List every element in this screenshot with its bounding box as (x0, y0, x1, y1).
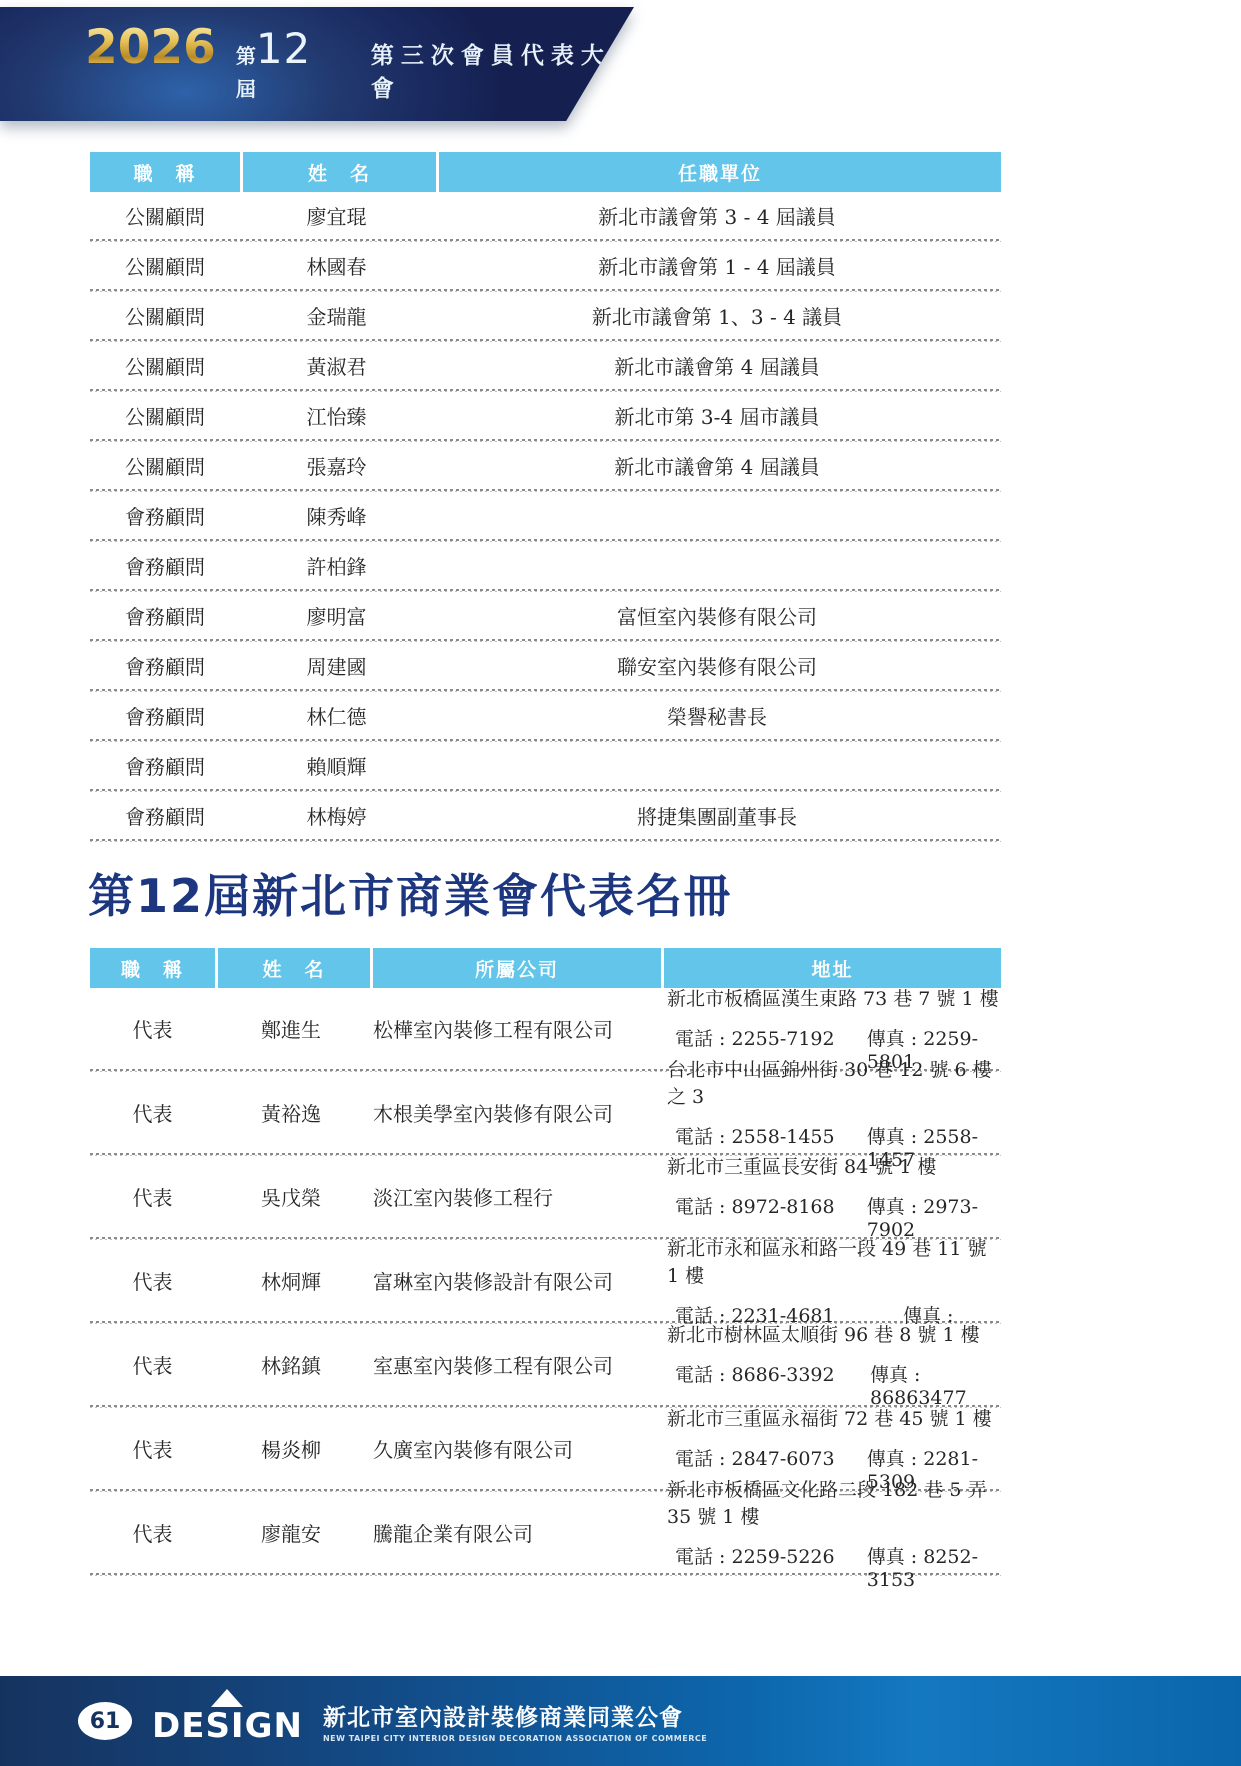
advisor-row: 公關顧問張嘉玲新北市議會第 4 屆議員 (90, 442, 1001, 489)
delegate-name: 廖龍安 (215, 1492, 367, 1573)
advisor-title: 公關顧問 (90, 451, 240, 480)
association-names: 新北市室內設計裝修商業同業公會 NEW TAIPEI CITY INTERIOR… (323, 1699, 707, 1743)
advisor-title: 會務顧問 (90, 501, 240, 530)
advisor-row: 公關顧問金瑞龍新北市議會第 1、3 - 4 議員 (90, 292, 1001, 339)
delegate-phone-fax-line: 電話 : 8686-3392傳真 : 86863477 (667, 1360, 1001, 1409)
delegate-address: 新北市板橋區文化路二段 182 巷 5 弄 35 號 1 樓 (667, 1475, 1001, 1529)
delegate-name: 吳戊榮 (215, 1156, 367, 1237)
delegate-company: 淡江室內裝修工程行 (367, 1156, 655, 1237)
delegate-address: 台北市中山區錦州街 30 巷 12 號 6 樓之 3 (667, 1055, 1001, 1109)
advisors-table-header: 職 稱 姓 名 任職單位 (90, 152, 1001, 192)
advisor-row: 會務顧問賴順輝 (90, 742, 1001, 789)
delegate-company: 騰龍企業有限公司 (367, 1492, 655, 1573)
meeting-title: 第三次會員代表大會 (371, 37, 634, 103)
advisor-org: 新北市第 3-4 屆市議員 (433, 401, 1001, 430)
delegate-address: 新北市樹林區太順街 96 巷 8 號 1 樓 (667, 1320, 1001, 1347)
header-banner: 2026 第12屆 第三次會員代表大會 (0, 0, 634, 121)
advisor-row: 會務顧問廖明富富恒室內裝修有限公司 (90, 592, 1001, 639)
advisor-org: 富恒室內裝修有限公司 (433, 601, 1001, 630)
delegates-table-body: 代表鄭進生松樺室內裝修工程有限公司新北市板橋區漢生東路 73 巷 7 號 1 樓… (90, 988, 1001, 1576)
advisor-name: 黃淑君 (240, 351, 433, 380)
advisor-row: 公關顧問江怡臻新北市第 3-4 屆市議員 (90, 392, 1001, 439)
advisor-name: 林國春 (240, 251, 433, 280)
delegate-title: 代表 (90, 1492, 215, 1573)
delegates-col-name: 姓 名 (218, 948, 370, 988)
advisor-name: 林梅婷 (240, 801, 433, 830)
advisor-title: 會務顧問 (90, 601, 240, 630)
advisor-title: 會務顧問 (90, 651, 240, 680)
advisor-name: 陳秀峰 (240, 501, 433, 530)
advisor-org: 新北市議會第 1 - 4 屆議員 (433, 251, 1001, 280)
delegate-fax: 傳真 : 8252-3153 (867, 1542, 1001, 1591)
delegates-col-title: 職 稱 (90, 948, 215, 988)
delegate-title: 代表 (90, 1072, 215, 1153)
delegate-title: 代表 (90, 1408, 215, 1489)
delegate-address: 新北市三重區永福街 72 巷 45 號 1 樓 (667, 1404, 1001, 1431)
advisors-col-org: 任職單位 (439, 152, 1001, 192)
footer-bar: 61 DESIGN 新北市室內設計裝修商業同業公會 NEW TAIPEI CIT… (0, 1676, 1241, 1766)
session-number: 12 (256, 24, 311, 73)
delegates-col-address: 地址 (664, 948, 1001, 988)
delegate-fax: 傳真 : 86863477 (870, 1360, 1001, 1409)
advisors-table-body: 公關顧問廖宜琨新北市議會第 3 - 4 屆議員公關顧問林國春新北市議會第 1 -… (90, 192, 1001, 842)
advisor-title: 會務顧問 (90, 701, 240, 730)
advisor-title: 會務顧問 (90, 551, 240, 580)
session-prefix: 第 (236, 44, 256, 68)
delegate-name: 林烔輝 (215, 1240, 367, 1321)
advisor-row: 公關顧問廖宜琨新北市議會第 3 - 4 屆議員 (90, 192, 1001, 239)
advisor-row: 會務顧問陳秀峰 (90, 492, 1001, 539)
delegate-title: 代表 (90, 1324, 215, 1405)
advisor-title: 公關顧問 (90, 251, 240, 280)
delegate-address-cell: 新北市永和區永和路一段 49 巷 11 號 1 樓電話 : 2231-4681傳… (655, 1240, 1001, 1321)
advisors-col-name: 姓 名 (243, 152, 436, 192)
delegate-phone-fax-line: 電話 : 2259-5226傳真 : 8252-3153 (667, 1542, 1001, 1591)
delegate-phone: 電話 : 2259-5226 (675, 1542, 867, 1591)
delegate-company: 木根美學室內裝修有限公司 (367, 1072, 655, 1153)
delegates-table-header: 職 稱 姓 名 所屬公司 地址 (90, 948, 1001, 988)
delegate-address: 新北市三重區長安街 84 號 1 樓 (667, 1152, 1001, 1179)
advisor-title: 公關顧問 (90, 201, 240, 230)
association-name-en: NEW TAIPEI CITY INTERIOR DESIGN DECORATI… (323, 1734, 707, 1743)
advisor-name: 廖明富 (240, 601, 433, 630)
delegate-company: 室惠室內裝修工程有限公司 (367, 1324, 655, 1405)
delegate-address-cell: 新北市板橋區文化路二段 182 巷 5 弄 35 號 1 樓電話 : 2259-… (655, 1492, 1001, 1573)
advisor-name: 張嘉玲 (240, 451, 433, 480)
delegate-row: 代表吳戊榮淡江室內裝修工程行新北市三重區長安街 84 號 1 樓電話 : 897… (90, 1156, 1001, 1237)
advisor-org: 新北市議會第 4 屆議員 (433, 451, 1001, 480)
delegates-col-company: 所屬公司 (373, 948, 661, 988)
delegate-row: 代表黃裕逸木根美學室內裝修有限公司台北市中山區錦州街 30 巷 12 號 6 樓… (90, 1072, 1001, 1153)
advisor-name: 金瑞龍 (240, 301, 433, 330)
section-heading: 第12屆新北市商業會代表名冊 (88, 860, 732, 926)
advisor-row: 會務顧問林梅婷將捷集團副董事長 (90, 792, 1001, 839)
advisor-row: 會務顧問周建國聯安室內裝修有限公司 (90, 642, 1001, 689)
session-label: 第12屆 (236, 24, 329, 102)
delegate-name: 林銘鎮 (215, 1324, 367, 1405)
delegate-name: 楊炎柳 (215, 1408, 367, 1489)
advisor-title: 公關顧問 (90, 401, 240, 430)
delegate-address-cell: 新北市三重區長安街 84 號 1 樓電話 : 8972-8168傳真 : 297… (655, 1156, 1001, 1237)
session-suffix: 屆 (236, 77, 256, 101)
advisor-row: 公關顧問黃淑君新北市議會第 4 屆議員 (90, 342, 1001, 389)
delegate-row: 代表廖龍安騰龍企業有限公司新北市板橋區文化路二段 182 巷 5 弄 35 號 … (90, 1492, 1001, 1573)
header-banner-shape: 2026 第12屆 第三次會員代表大會 (0, 7, 634, 121)
header-banner-content: 2026 第12屆 第三次會員代表大會 (85, 24, 634, 103)
advisor-name: 林仁德 (240, 701, 433, 730)
advisor-title: 會務顧問 (90, 801, 240, 830)
delegate-company: 久廣室內裝修有限公司 (367, 1408, 655, 1489)
delegate-address: 新北市板橋區漢生東路 73 巷 7 號 1 樓 (667, 984, 1001, 1011)
delegate-address: 新北市永和區永和路一段 49 巷 11 號 1 樓 (667, 1234, 1001, 1288)
advisor-org: 將捷集團副董事長 (433, 801, 1001, 830)
advisor-row: 會務顧問許柏鋒 (90, 542, 1001, 589)
advisor-org: 榮譽秘書長 (433, 701, 1001, 730)
delegate-company: 富琳室內裝修設計有限公司 (367, 1240, 655, 1321)
advisor-title: 公關顧問 (90, 351, 240, 380)
delegate-address-cell: 新北市樹林區太順街 96 巷 8 號 1 樓電話 : 8686-3392傳真 :… (655, 1324, 1001, 1405)
delegate-row: 代表林烔輝富琳室內裝修設計有限公司新北市永和區永和路一段 49 巷 11 號 1… (90, 1240, 1001, 1321)
delegate-title: 代表 (90, 988, 215, 1069)
advisor-org: 新北市議會第 3 - 4 屆議員 (433, 201, 1001, 230)
advisor-name: 許柏鋒 (240, 551, 433, 580)
year-label: 2026 (85, 24, 216, 71)
delegate-address-cell: 台北市中山區錦州街 30 巷 12 號 6 樓之 3電話 : 2558-1455… (655, 1072, 1001, 1153)
advisor-row: 公關顧問林國春新北市議會第 1 - 4 屆議員 (90, 242, 1001, 289)
delegate-name: 鄭進生 (215, 988, 367, 1069)
delegate-title: 代表 (90, 1240, 215, 1321)
advisor-org: 新北市議會第 4 屆議員 (433, 351, 1001, 380)
advisor-org: 新北市議會第 1、3 - 4 議員 (433, 301, 1001, 330)
page-number-badge: 61 (78, 1702, 132, 1740)
advisor-name: 廖宜琨 (240, 201, 433, 230)
row-separator (90, 839, 1001, 842)
association-name-zh: 新北市室內設計裝修商業同業公會 (323, 1699, 707, 1732)
delegate-row: 代表林銘鎮室惠室內裝修工程有限公司新北市樹林區太順街 96 巷 8 號 1 樓電… (90, 1324, 1001, 1405)
advisor-org: 聯安室內裝修有限公司 (433, 651, 1001, 680)
association-logo: DESIGN (152, 1699, 303, 1743)
advisor-name: 賴順輝 (240, 751, 433, 780)
delegate-phone: 電話 : 8686-3392 (675, 1360, 870, 1409)
page: 2026 第12屆 第三次會員代表大會 職 稱 姓 名 任職單位 公關顧問廖宜琨… (0, 0, 1241, 1766)
advisor-row: 會務顧問林仁德榮譽秘書長 (90, 692, 1001, 739)
delegate-name: 黃裕逸 (215, 1072, 367, 1153)
advisor-title: 公關顧問 (90, 301, 240, 330)
advisors-col-title: 職 稱 (90, 152, 240, 192)
advisor-title: 會務顧問 (90, 751, 240, 780)
advisor-name: 周建國 (240, 651, 433, 680)
delegate-title: 代表 (90, 1156, 215, 1237)
delegate-company: 松樺室內裝修工程有限公司 (367, 988, 655, 1069)
advisor-name: 江怡臻 (240, 401, 433, 430)
